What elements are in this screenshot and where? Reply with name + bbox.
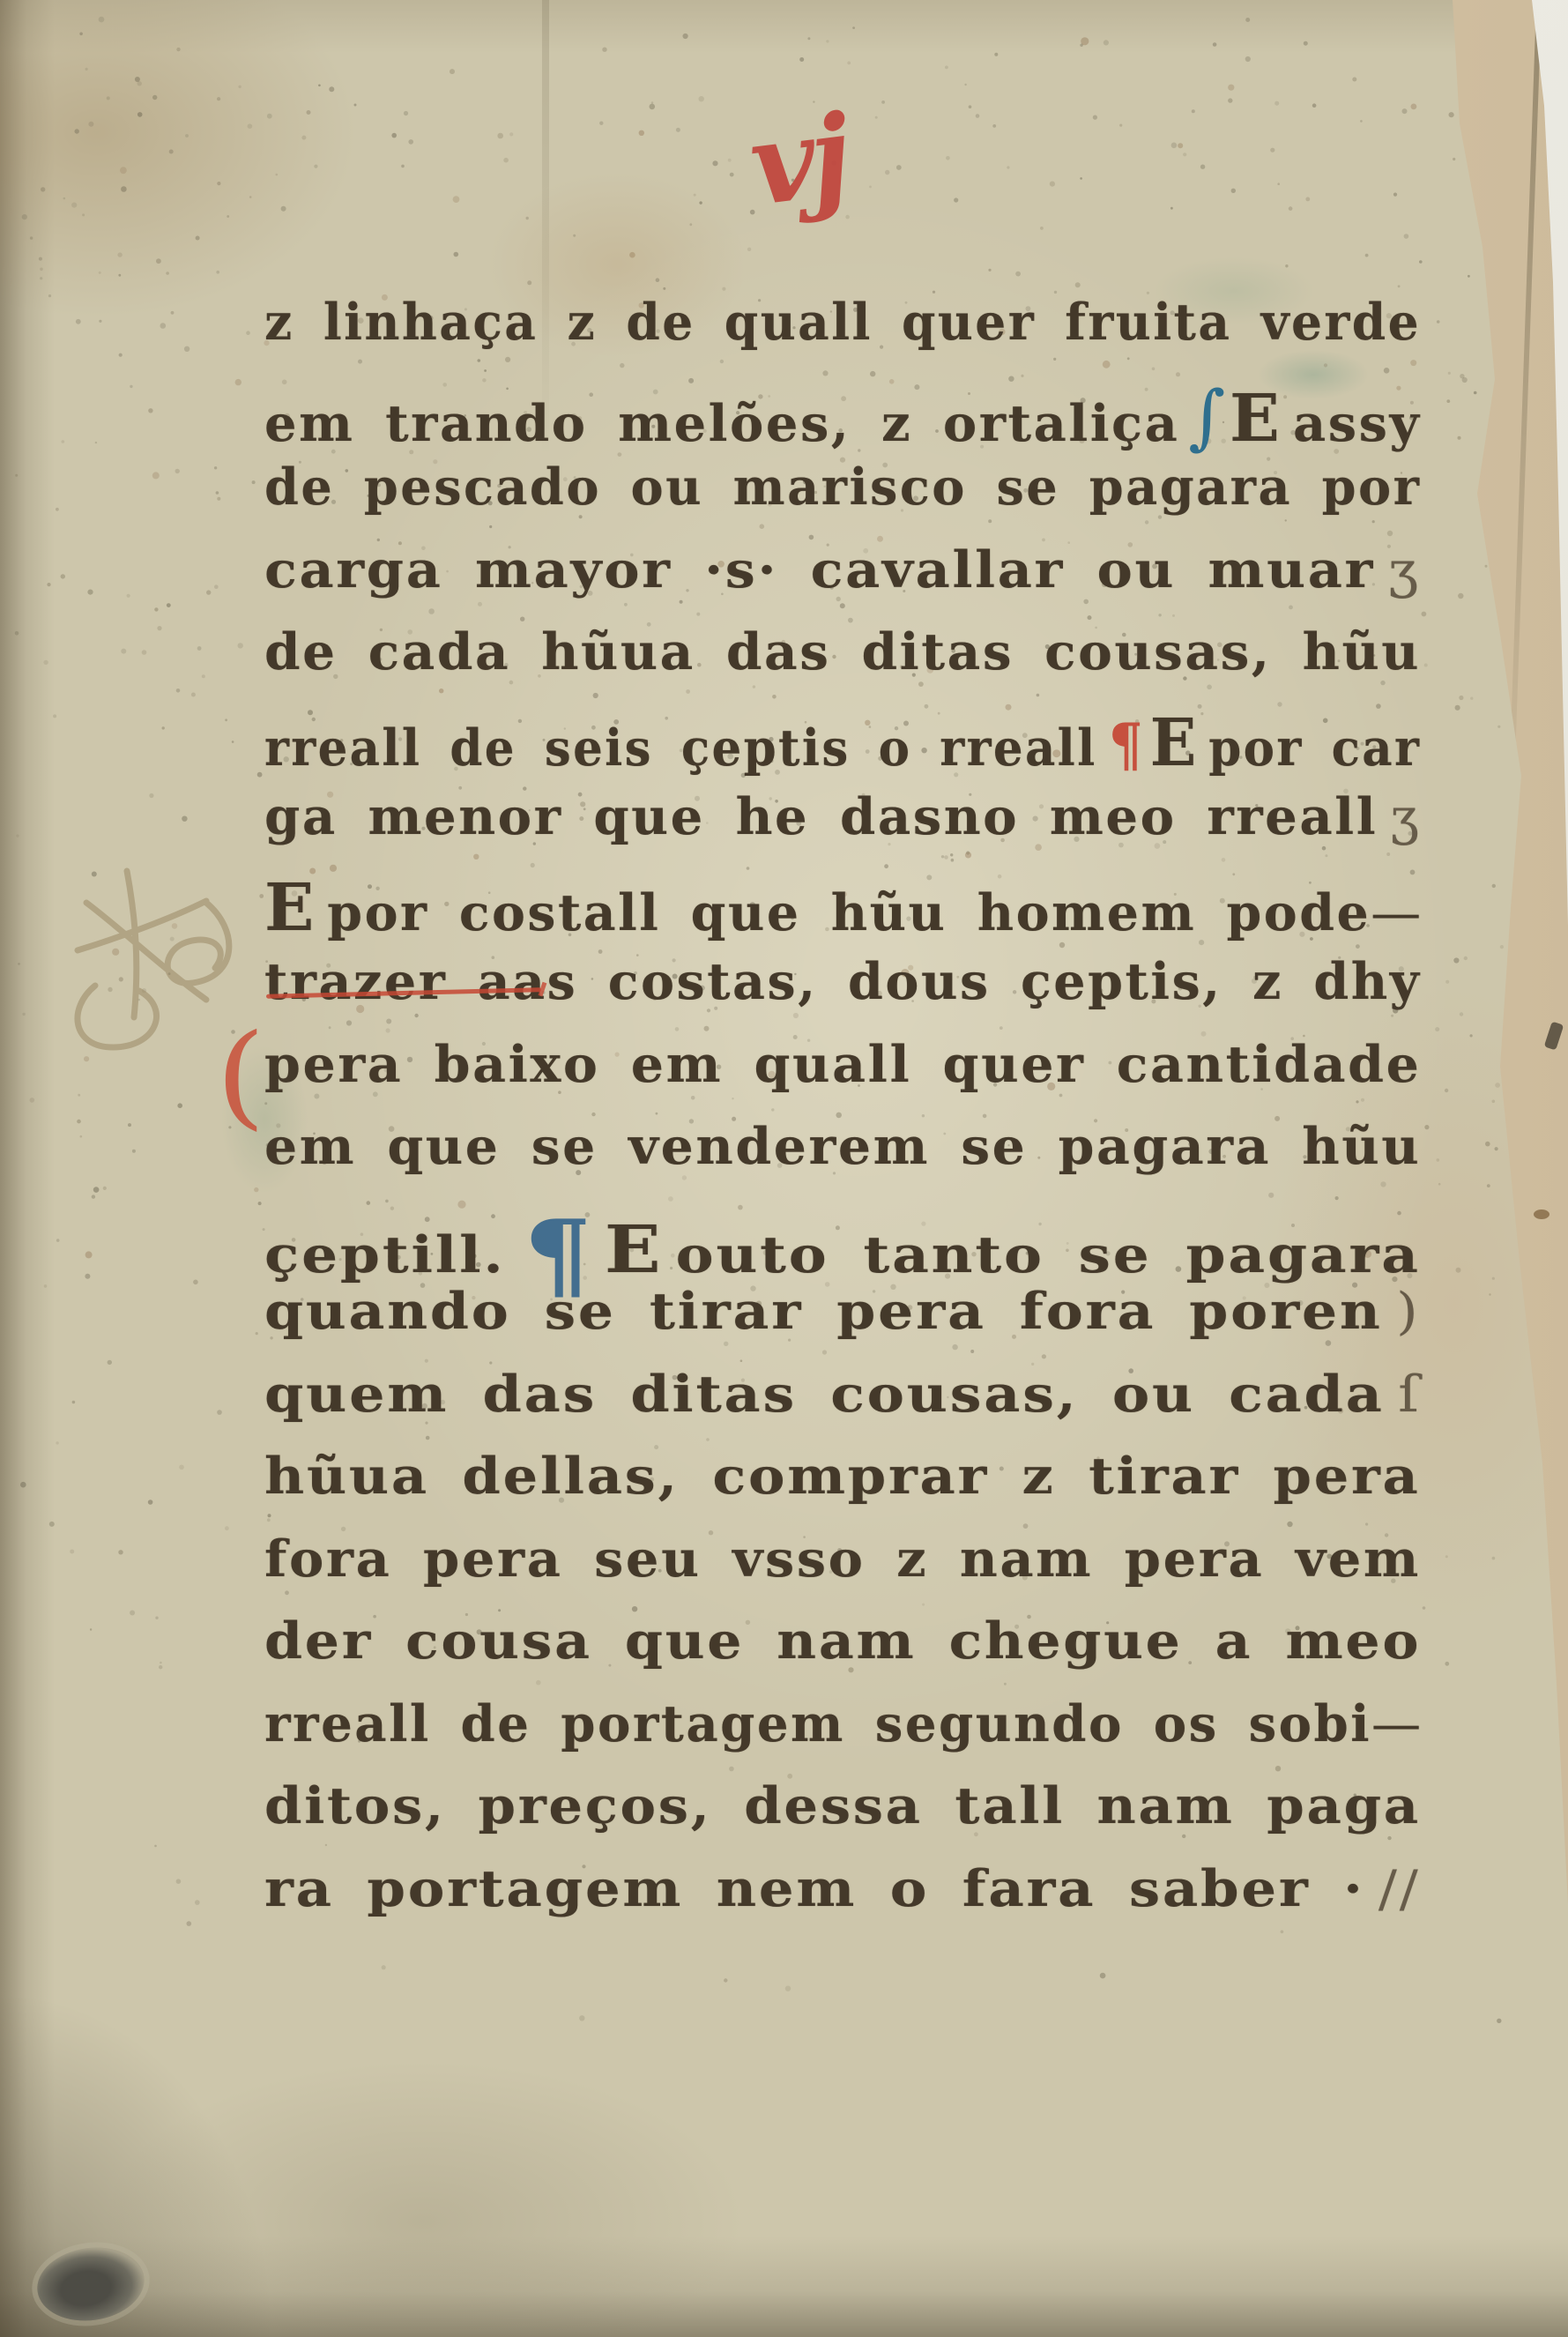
- filler-mark: //: [1379, 1860, 1421, 1918]
- text-line: Epor costall que hũu homem pode—: [264, 870, 1430, 953]
- text-segment: de cada hũua das ditas cousas, hũu: [264, 622, 1421, 681]
- text-block: z linhaça z de quall quer fruita verdeem…: [264, 293, 1430, 1941]
- blue-slash-mark: ∫: [1188, 376, 1228, 458]
- initial-mark: E: [264, 870, 315, 946]
- folio-number: vj: [743, 90, 852, 231]
- text-line: carga mayor ·s· cavallar ou muarʒ: [264, 540, 1430, 623]
- red-pilcrow-mark: ¶: [1109, 711, 1145, 779]
- text-segment: rreall de seis çeptis o rreall: [264, 718, 1097, 778]
- text-segment: z linhaça z de quall quer fruita verde: [264, 293, 1421, 352]
- text-segment: fora pera seu vsso z nam pera vem: [264, 1529, 1421, 1589]
- text-segment: trazer aas costas, dous çeptis, z dhy: [264, 952, 1421, 1011]
- text-segment: carga mayor ·s· cavallar ou muar: [264, 540, 1375, 599]
- filler-mark: ſ: [1398, 1366, 1421, 1424]
- text-line: ditos, preços, dessa tall nam paga: [264, 1776, 1430, 1859]
- text-line: pera baixo em quall quer cantidade: [264, 1035, 1430, 1118]
- text-segment: hũua dellas, comprar z tirar pera: [264, 1447, 1421, 1506]
- text-segment: çeptill.: [264, 1225, 506, 1284]
- text-segment: rreall de portagem segundo os sobi: [264, 1694, 1371, 1753]
- text-line: em trando melões, z ortaliça∫Eassy: [264, 376, 1430, 458]
- text-line: z linhaça z de quall quer fruita verde: [264, 293, 1430, 376]
- text-segment: ra portagem nem o fara saber ·: [264, 1859, 1365, 1918]
- sp-mark: por car: [1197, 718, 1421, 778]
- text-line: em que se venderem se pagara hũu: [264, 1117, 1430, 1200]
- text-segment: pera baixo em quall quer cantidade: [264, 1035, 1421, 1094]
- text-line: rreall de seis çeptis o rreall¶Epor car: [264, 705, 1430, 788]
- text-segment: der cousa que nam chegue a meo: [264, 1611, 1421, 1671]
- initial-mark: E: [605, 1212, 662, 1288]
- text-segment: quem das ditas cousas, ou cada: [264, 1365, 1385, 1424]
- text-segment: em que se venderem se pagara hũu: [264, 1117, 1421, 1176]
- sp-mark: assy: [1281, 394, 1422, 453]
- under-page-ink-fragment: [1544, 1022, 1564, 1051]
- sp-mark: outo tanto se pagara: [662, 1225, 1421, 1284]
- text-line: rreall de portagem segundo os sobi—: [264, 1694, 1430, 1777]
- parchment-page: vj z linhaça z de quall quer fruita verd…: [0, 0, 1568, 2337]
- filler-mark: ʒ: [1390, 788, 1421, 846]
- text-line: de pescado ou marisco se pagara por: [264, 458, 1430, 540]
- dash-mark: —: [1371, 1695, 1421, 1753]
- margin-doodle: [72, 866, 249, 1060]
- filler-mark: ʒ: [1388, 541, 1421, 599]
- text-segment: ditos, preços, dessa tall nam paga: [264, 1776, 1421, 1835]
- dash-mark: —: [1371, 884, 1421, 942]
- text-line: de cada hũua das ditas cousas, hũu: [264, 622, 1430, 705]
- text-line: der cousa que nam chegue a meo: [264, 1611, 1430, 1694]
- text-segment: quando se tirar pera fora poren: [264, 1282, 1383, 1341]
- under-page-stain: [1534, 1209, 1549, 1219]
- manuscript-scan: vj z linhaça z de quall quer fruita verd…: [0, 0, 1568, 2337]
- text-line: hũua dellas, comprar z tirar pera: [264, 1447, 1430, 1529]
- filler-mark: ): [1396, 1283, 1420, 1341]
- text-segment: em trando melões, z ortaliça: [264, 394, 1179, 453]
- text-segment: ga menor que he dasno meo rreall: [264, 787, 1378, 846]
- text-segment: de pescado ou marisco se pagara por: [264, 458, 1421, 517]
- sp-mark: por costall que hũu homem pode: [315, 883, 1371, 942]
- text-line: quem das ditas cousas, ou cadaſ: [264, 1365, 1430, 1448]
- text-line: ra portagem nem o fara saber ·//: [264, 1859, 1430, 1942]
- text-line: quando se tirar pera fora poren): [264, 1282, 1430, 1365]
- initial-mark: E: [1230, 381, 1281, 457]
- text-line: fora pera seu vsso z nam pera vem: [264, 1529, 1430, 1612]
- initial-mark: E: [1150, 705, 1197, 781]
- text-line: çeptill.¶Eouto tanto se pagara: [264, 1200, 1430, 1283]
- text-line: ga menor que he dasno meo rreallʒ: [264, 787, 1430, 870]
